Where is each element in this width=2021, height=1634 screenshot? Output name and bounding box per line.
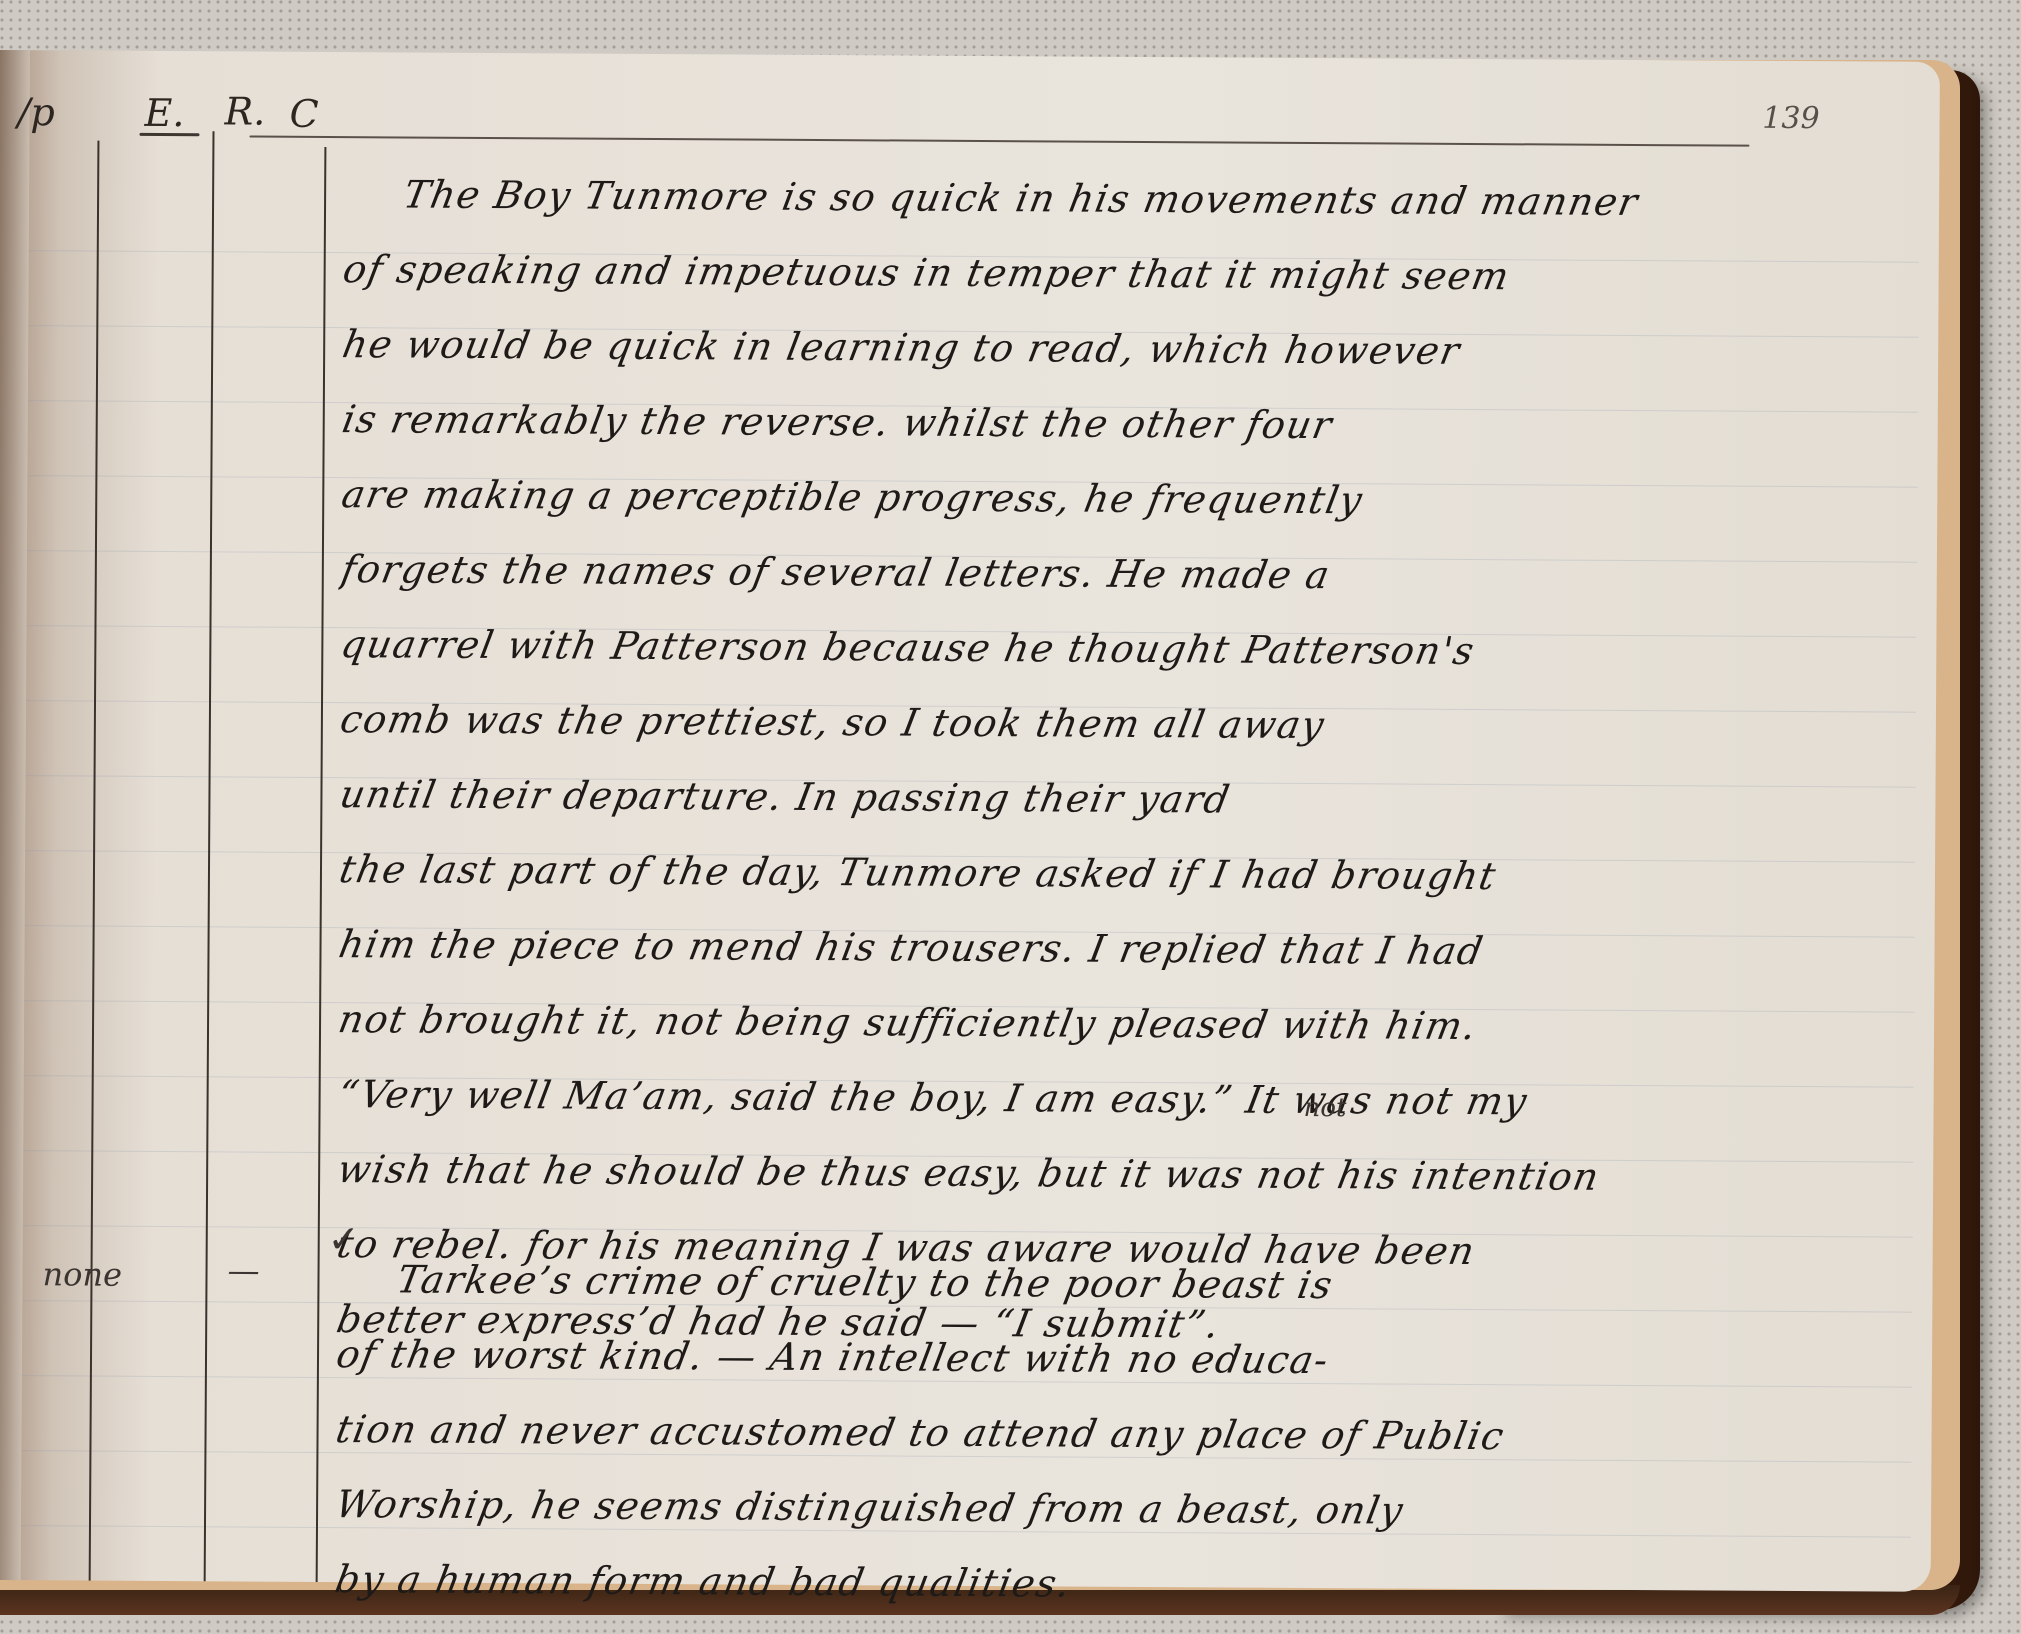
entry-line: The Boy Tunmore is so quick in his movem… bbox=[337, 157, 1921, 242]
margin-dash: — bbox=[227, 1251, 259, 1289]
header-col-c: C bbox=[289, 92, 318, 136]
journal-page: /p E. R. C 139 The Boy Tunmore is so qui… bbox=[0, 50, 1940, 1592]
journal-entry-1: The Boy Tunmore is so quick in his movem… bbox=[337, 157, 1914, 1367]
entry-line: “Very well Ma’am, said the boy, I am eas… bbox=[332, 1057, 1916, 1142]
header-underline bbox=[139, 133, 199, 136]
entry-line: until their departure. In passing their … bbox=[334, 757, 1918, 842]
entry-line: Tarkee’s crime of cruelty to the poor be… bbox=[331, 1242, 1915, 1327]
margin-note: none bbox=[42, 1255, 122, 1293]
interlinear-insertion: not bbox=[1303, 1093, 1346, 1123]
entry-line: are making a perceptible progress, he fr… bbox=[335, 457, 1919, 542]
entry-line: forgets the names of several letters. He… bbox=[335, 532, 1919, 617]
column-rule bbox=[204, 131, 215, 1581]
header-col-r: R. bbox=[224, 89, 265, 133]
entry-line: not brought it, not being sufficiently p… bbox=[332, 982, 1916, 1067]
entry-line: Worship, he seems distinguished from a b… bbox=[329, 1467, 1913, 1552]
book-gutter bbox=[0, 50, 30, 1580]
entry-line: quarrel with Patterson because he though… bbox=[335, 607, 1919, 692]
entry-line: he would be quick in learning to read, w… bbox=[336, 307, 1920, 392]
column-rule bbox=[316, 147, 327, 1582]
entry-line: the last part of the day, Tunmore asked … bbox=[333, 832, 1917, 917]
header-col-e: E. bbox=[144, 91, 184, 135]
entry-line: tion and never accustomed to attend any … bbox=[330, 1392, 1914, 1477]
entry-line: by a human form and bad qualities. bbox=[329, 1542, 1913, 1627]
header-rule bbox=[249, 136, 1749, 147]
column-rule bbox=[89, 141, 100, 1581]
entry-line: him the piece to mend his trousers. I re… bbox=[333, 907, 1917, 992]
entry-line: wish that he should be thus easy, but it… bbox=[331, 1132, 1915, 1217]
entry-line: of speaking and impetuous in temper that… bbox=[337, 232, 1921, 317]
header-fragment: /p bbox=[17, 90, 54, 134]
page-number: 139 bbox=[1762, 101, 1819, 136]
journal-entry-2: Tarkee’s crime of cruelty to the poor be… bbox=[335, 1242, 1907, 1627]
entry-line: is remarkably the reverse. whilst the ot… bbox=[336, 382, 1920, 467]
entry-line: comb was the prettiest, so I took them a… bbox=[334, 682, 1918, 767]
entry-line: of the worst kind. — An intellect with n… bbox=[330, 1317, 1914, 1402]
